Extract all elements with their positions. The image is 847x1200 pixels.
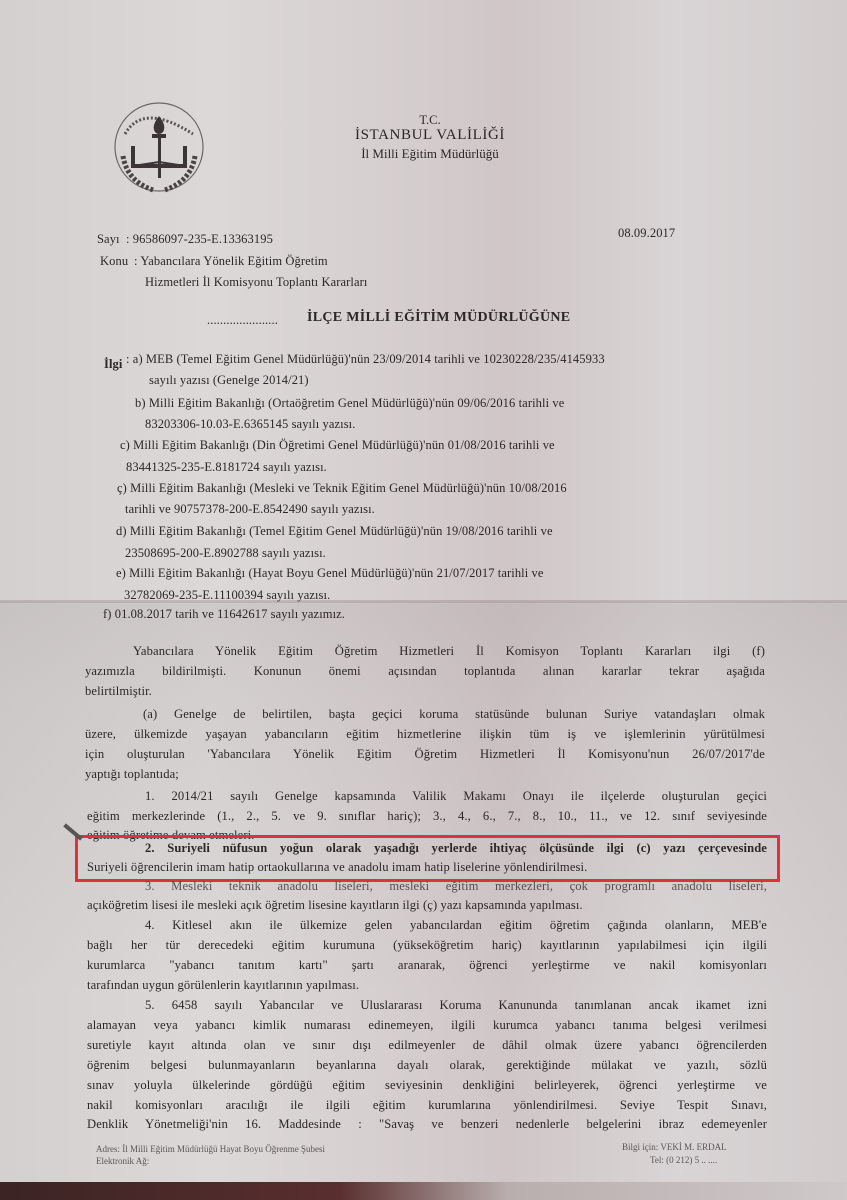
reference-c-line-1: c) Milli Eğitim Bakanlığı (Din Öğretimi … — [120, 438, 555, 453]
konu-line-1: : Yabancılara Yönelik Eğitim Öğretim — [134, 254, 328, 269]
item4-line-1: 4. Kitlesel akın ile ülkemize gelen yaba… — [87, 918, 767, 933]
reference-e-line-1: e) Milli Eğitim Bakanlığı (Hayat Boyu Ge… — [116, 566, 544, 581]
reference-d-line-1: d) Milli Eğitim Bakanlığı (Temel Eğitim … — [116, 524, 553, 539]
item4-line-2: bağlı her tür derecedeki eğitim kurumuna… — [87, 938, 767, 953]
reference-e-line-2: 32782069-235-E.11100394 sayılı yazısı. — [124, 588, 330, 603]
item5-line-5: sınav yoluyla ülkelerinde gördüğü eğitim… — [87, 1078, 767, 1093]
item5-line-3: suretiyle kayıt altında olan ve sınır dı… — [87, 1038, 767, 1053]
footer-address-2: Elektronik Ağ: — [96, 1156, 149, 1166]
item5-line-7: Denklik Yönetmeliği'nin 16. Maddesinde :… — [87, 1117, 767, 1132]
intro-line-2: yazımızla bildirilmişti. Konunun önemi a… — [85, 664, 765, 679]
reference-c-line-2: 83441325-235-E.8181724 sayılı yazısı. — [126, 460, 327, 475]
meb-emblem-icon — [103, 96, 215, 198]
item5-line-4: öğrenim belgesi bulunmayanların beyanlar… — [87, 1058, 767, 1073]
item5-line-6: nakil komisyonları aracılığı ile ilgili … — [87, 1098, 767, 1113]
item1-line-1: 1. 2014/21 sayılı Genelge kapsamında Val… — [87, 789, 767, 804]
reference-a-line-2: sayılı yazısı (Genelge 2014/21) — [149, 373, 309, 388]
header-state: T.C. — [300, 113, 560, 128]
konu-line-2: Hizmetleri İl Komisyonu Toplantı Kararla… — [145, 275, 367, 290]
item1-line-2: eğitim merkezlerinde (1., 2., 5. ve 9. s… — [87, 809, 767, 824]
item3-line-1: 3. Mesleki teknik anadolu liseleri, mesl… — [87, 879, 767, 894]
sayi-label: Sayı — [97, 232, 120, 247]
konu-label: Konu — [100, 254, 128, 269]
ilgi-label: İlgi — [104, 357, 122, 372]
intro-line-1: Yabancılara Yönelik Eğitim Öğretim Hizme… — [85, 644, 765, 659]
reference-b-line-2: 83203306-10.03-E.6365145 sayılı yazısı. — [145, 417, 355, 432]
recipient-title: İLÇE MİLLİ EĞİTİM MÜDÜRLÜĞÜNE — [307, 310, 570, 326]
document-date: 08.09.2017 — [618, 226, 675, 241]
sayi-value: : 96586097-235-E.13363195 — [126, 232, 273, 247]
intro-line-3: belirtilmiştir. — [85, 684, 765, 699]
footer-address-1: Adres: İl Milli Eğitim Müdürlüğü Hayat B… — [96, 1144, 325, 1154]
reference-a-line-1: : a) MEB (Temel Eğitim Genel Müdürlüğü)'… — [126, 352, 605, 367]
recipient-dots: ...................... — [207, 313, 278, 328]
item4-line-4: tarafından uygun görülenlerin kayıtların… — [87, 978, 767, 993]
reference-d-line-2: 23508695-200-E.8902788 sayılı yazısı. — [125, 546, 326, 561]
item4-line-3: kurumlarca "yabancı tanıtım kartı" şartı… — [87, 958, 767, 973]
header-authority: İSTANBUL VALİLİĞİ — [300, 127, 560, 144]
footer-info-2: Tel: (0 212) 5 .. .... — [650, 1155, 717, 1165]
item3-line-2: açıköğretim lisesi ile mesleki açık öğre… — [87, 898, 767, 913]
reference-cc-line-1: ç) Milli Eğitim Bakanlığı (Mesleki ve Te… — [117, 481, 567, 496]
para-a-line-4: yaptığı toplantıda; — [85, 767, 765, 782]
table-surface — [0, 1182, 847, 1200]
para-a-line-1: (a) Genelge de belirtilen, başta geçici … — [85, 707, 765, 722]
para-a-line-2: üzere, ülkemizde yaşayan yabancıların eğ… — [85, 727, 765, 742]
header-directorate: İl Milli Eğitim Müdürlüğü — [300, 146, 560, 162]
footer-info-1: Bilgi için: VEKİ M. ERDAL — [622, 1142, 727, 1152]
para-a-line-3: için oluşturulan 'Yabancılara Yönelik Eğ… — [85, 747, 765, 762]
reference-f: f) 01.08.2017 tarih ve 11642617 sayılı y… — [103, 607, 345, 622]
reference-b-line-1: b) Milli Eğitim Bakanlığı (Ortaöğretim G… — [135, 396, 564, 411]
item5-line-2: alamayan veya yabancı kimlik numarası ed… — [87, 1018, 767, 1033]
reference-cc-line-2: tarihli ve 90757378-200-E.8542490 sayılı… — [125, 502, 375, 517]
red-highlight-box — [75, 835, 780, 882]
item5-line-1: 5. 6458 sayılı Yabancılar ve Uluslararas… — [87, 998, 767, 1013]
